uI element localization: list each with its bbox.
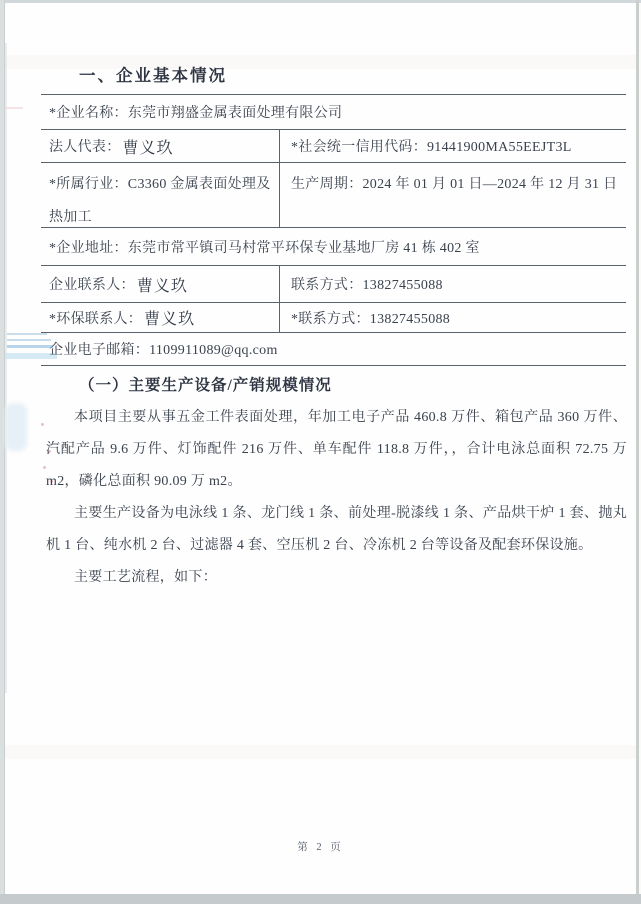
contact-phone-cell: 联系方式：13827455088 [279, 266, 626, 302]
table-row-email: 企业电子邮箱：1109911089@qq.com [41, 333, 626, 366]
paragraph-equipment: 主要生产设备为电泳线 1 条、龙门线 1 条、前处理-脱漆线 1 条、产品烘干炉… [46, 498, 627, 562]
env-contact-cell: *环保联系人： 曹义玖 [41, 303, 279, 332]
production-period-cell: 生产周期：2024 年 01 月 01 日—2024 年 12 月 31 日 [279, 163, 626, 227]
env-contact-phone-cell: *联系方式：13827455088 [279, 303, 626, 332]
env-contact-name: 曹义玖 [144, 306, 195, 329]
scan-edge-right [636, 0, 639, 895]
subsection-heading: （一）主要生产设备/产销规模情况 [79, 373, 332, 395]
body-text: 本项目主要从事五金工件表面处理，年加工电子产品 460.8 万件、箱包产品 36… [46, 402, 627, 594]
contact-phone-text: 联系方式：13827455088 [291, 274, 443, 294]
page-edge-shadow [5, 43, 7, 693]
scan-artifact [5, 403, 27, 451]
table-row-company-name: *企业名称：东莞市翔盛金属表面处理有限公司 [41, 95, 626, 130]
scan-artifact [5, 107, 23, 109]
email-text: 企业电子邮箱：1109911089@qq.com [49, 339, 278, 359]
enterprise-info-table: *企业名称：东莞市翔盛金属表面处理有限公司 法人代表： 曹义玖 *社会统一信用代… [41, 94, 626, 366]
env-contact-phone-text: *联系方式：13827455088 [291, 308, 450, 328]
table-row-contact: 企业联系人： 曹义玖 联系方式：13827455088 [41, 266, 626, 303]
company-name-text: *企业名称：东莞市翔盛金属表面处理有限公司 [49, 102, 342, 122]
credit-code-cell: *社会统一信用代码：91441900MA55EEJT3L [279, 130, 626, 162]
section-heading: 一、企业基本情况 [79, 62, 227, 86]
production-period-text: 生产周期：2024 年 01 月 01 日—2024 年 12 月 31 日 [291, 168, 617, 201]
legal-rep-label: 法人代表： [49, 136, 121, 156]
industry-cell: *所属行业：C3360 金属表面处理及热加工 [41, 163, 279, 227]
document-page: 一、企业基本情况 *企业名称：东莞市翔盛金属表面处理有限公司 法人代表： 曹义玖… [5, 3, 636, 894]
table-row-legal-rep: 法人代表： 曹义玖 *社会统一信用代码：91441900MA55EEJT3L [41, 130, 626, 163]
table-row-industry: *所属行业：C3360 金属表面处理及热加工 生产周期：2024 年 01 月 … [41, 163, 626, 228]
paragraph-process-intro: 主要工艺流程，如下： [46, 562, 627, 594]
legal-rep-cell: 法人代表： 曹义玖 [41, 130, 279, 162]
table-row-env-contact: *环保联系人： 曹义玖 *联系方式：13827455088 [41, 303, 626, 333]
address-text: *企业地址：东莞市常平镇司马村常平环保专业基地厂房 41 栋 402 室 [49, 237, 480, 257]
contact-name: 曹义玖 [137, 273, 188, 296]
page-number: 第 2 页 [5, 839, 636, 854]
scan-edge-bottom [0, 894, 641, 904]
legal-rep-name: 曹义玖 [123, 135, 174, 158]
contact-cell: 企业联系人： 曹义玖 [41, 266, 279, 302]
scan-artifact [41, 423, 44, 426]
paragraph-production-scale: 本项目主要从事五金工件表面处理，年加工电子产品 460.8 万件、箱包产品 36… [46, 402, 627, 498]
env-contact-label: *环保联系人： [49, 308, 142, 328]
contact-label: 企业联系人： [49, 274, 135, 294]
industry-text: *所属行业：C3360 金属表面处理及热加工 [49, 168, 279, 234]
credit-code-text: *社会统一信用代码：91441900MA55EEJT3L [291, 136, 572, 156]
scanned-document-canvas: 一、企业基本情况 *企业名称：东莞市翔盛金属表面处理有限公司 法人代表： 曹义玖… [0, 0, 641, 904]
scan-streak [5, 745, 636, 759]
